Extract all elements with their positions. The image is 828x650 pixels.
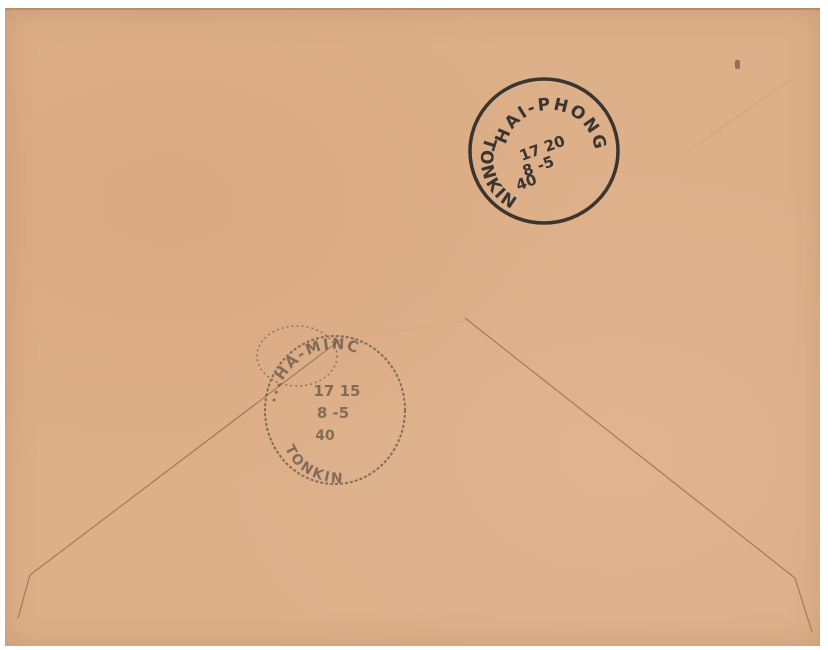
svg-text:17 15: 17 15 (314, 382, 361, 400)
svg-text:TONKIN: TONKIN (281, 442, 345, 487)
svg-text:40: 40 (315, 428, 335, 444)
svg-text:8 -5: 8 -5 (317, 404, 349, 422)
second-postmark: ...HA-MINC TONKIN 17 15 8 -5 40 (245, 318, 410, 490)
haiphong-postmark: HAI-PHONG TONKIN 17 20 8 -5 40 (466, 75, 622, 227)
ink-spot (735, 60, 740, 69)
postmark-bottom-text: TONKIN (476, 135, 521, 214)
envelope-back (5, 8, 820, 646)
